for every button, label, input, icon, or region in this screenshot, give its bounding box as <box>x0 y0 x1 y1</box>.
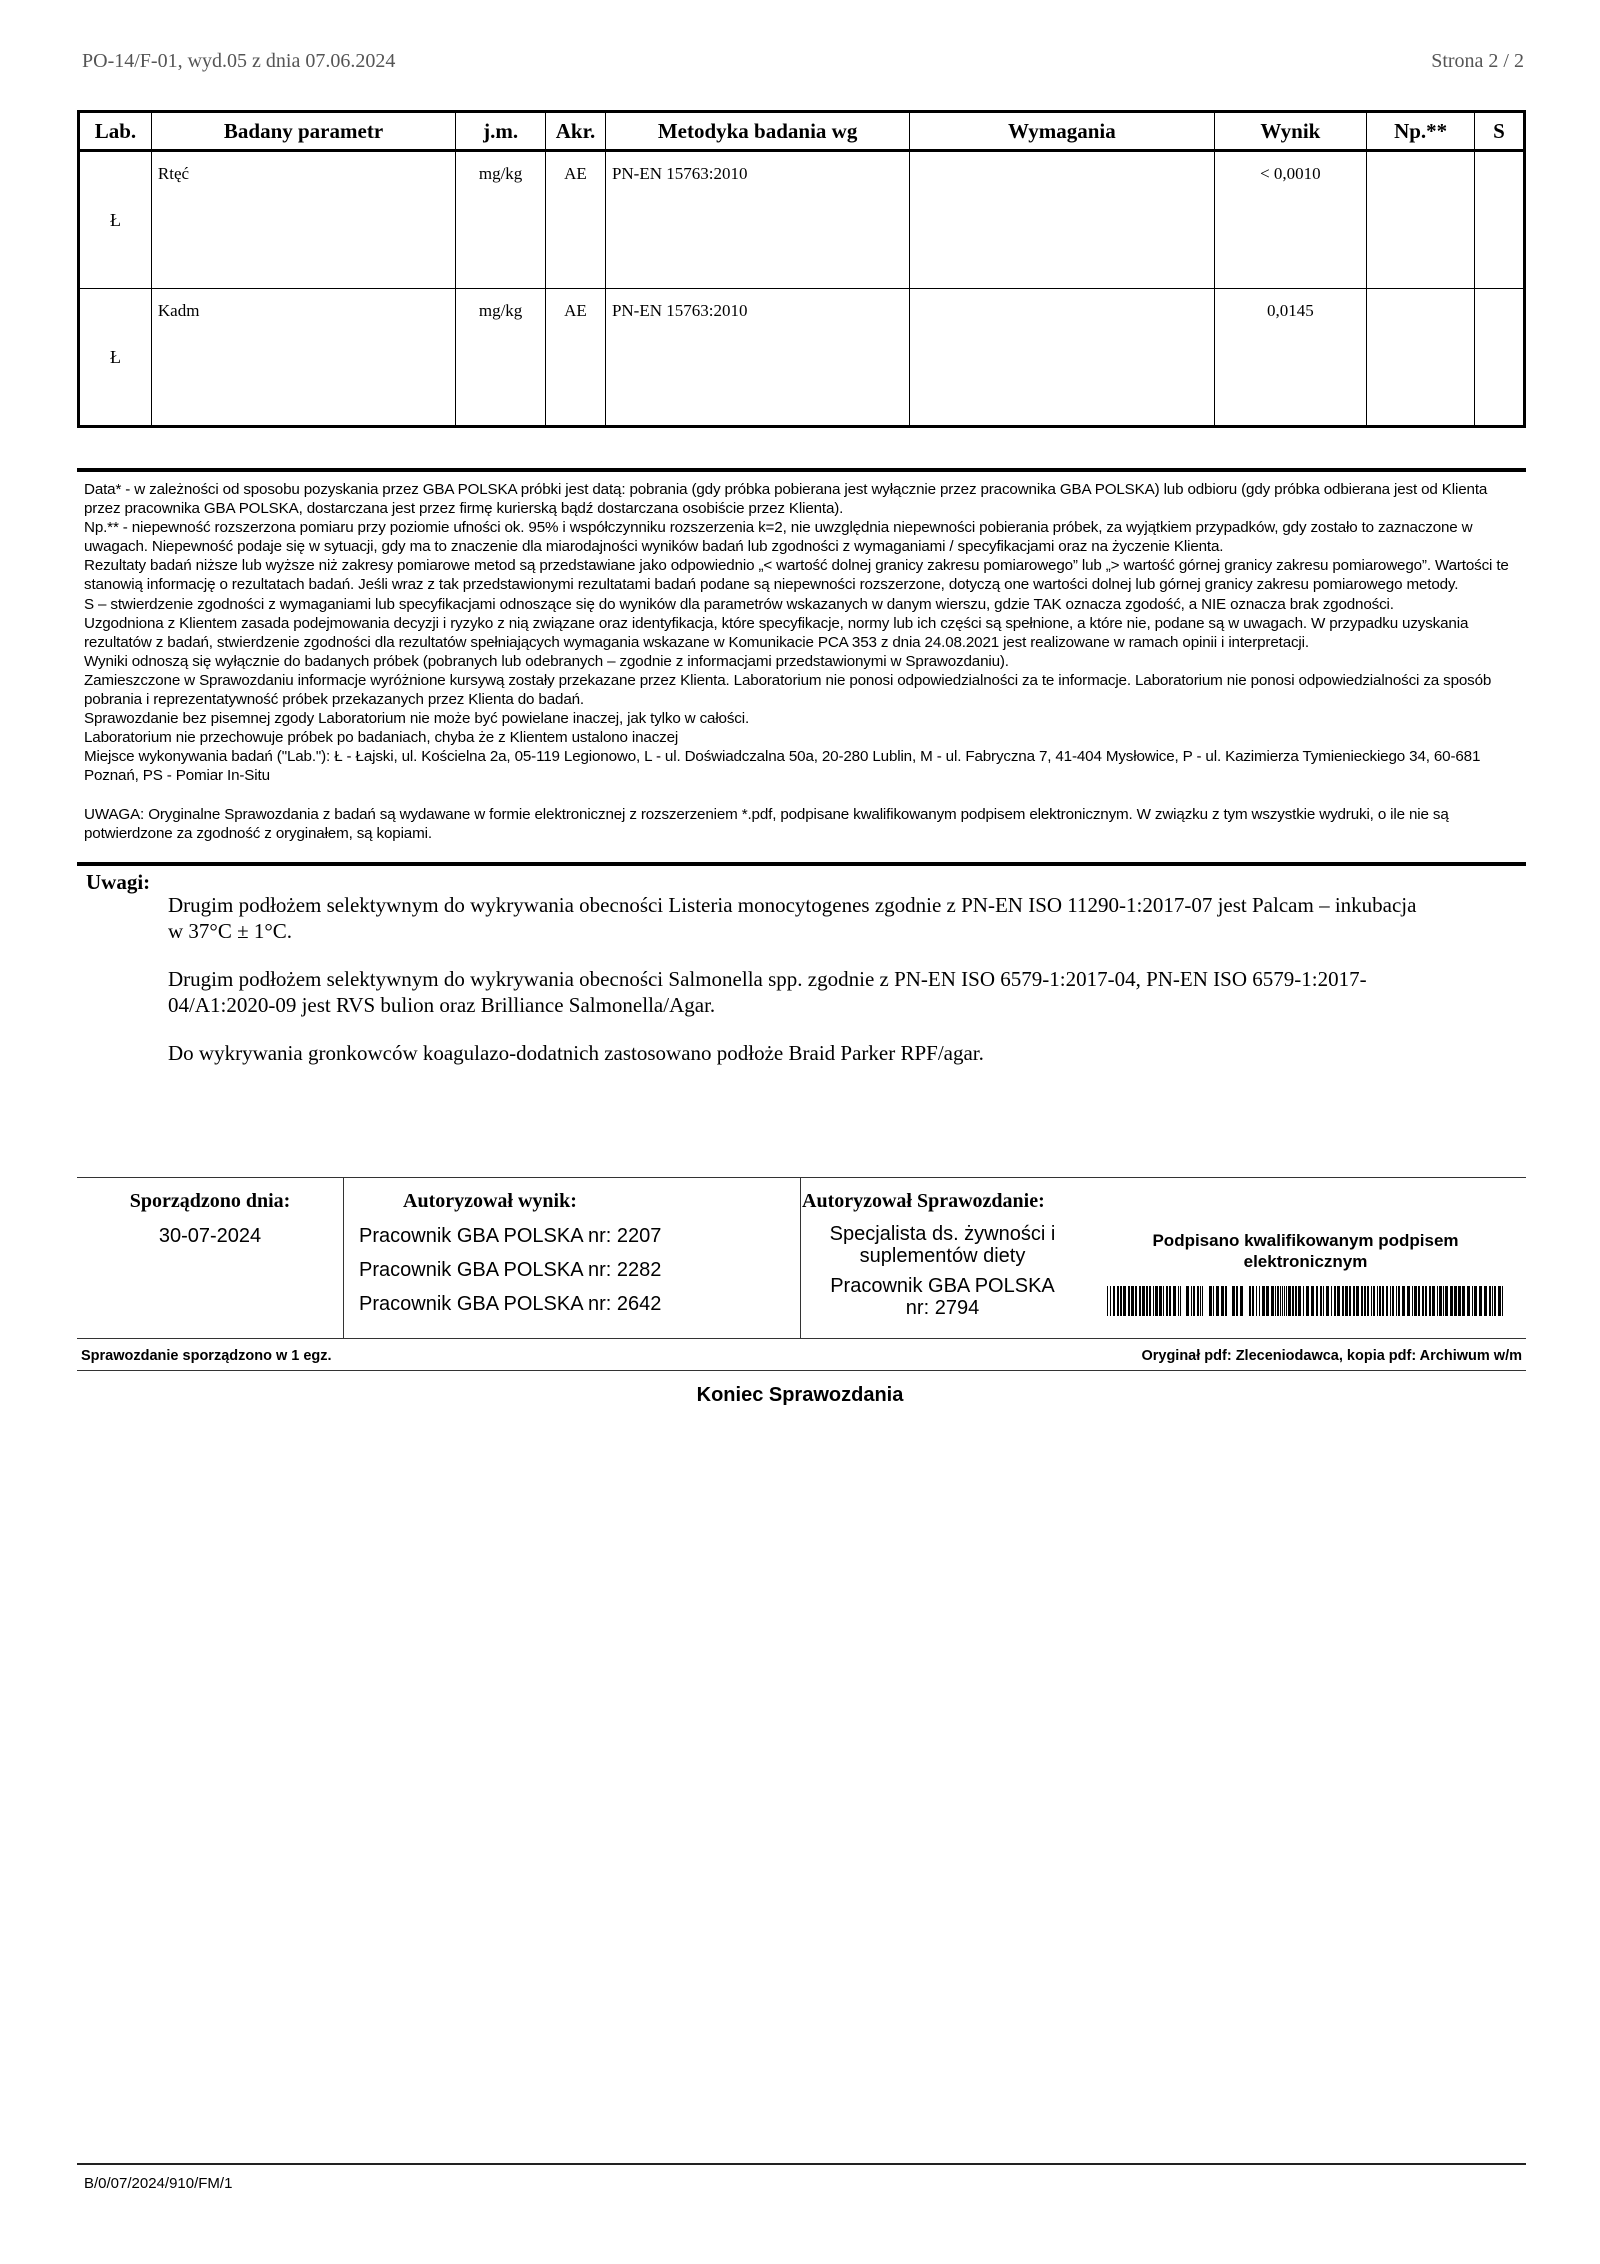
cell-accreditation: AE <box>546 289 606 427</box>
copies-note: Sprawozdanie sporządzono w 1 egz. <box>81 1348 332 1364</box>
footnote-locations: Miejsce wykonywania badań ("Lab."): Ł - … <box>84 747 1524 785</box>
electronic-signature-section: Podpisano kwalifikowanym podpisem elektr… <box>1085 1178 1526 1338</box>
report-auth-label: Autoryzował Sprawozdanie: <box>802 1190 1085 1213</box>
cell-uncertainty <box>1367 151 1475 289</box>
cell-requirements <box>910 151 1214 289</box>
remarks-title: Uwagi: <box>86 870 150 895</box>
footnote-uncertainty: Np.** - niepewność rozszerzona pomiaru p… <box>84 518 1524 556</box>
document-code: B/0/07/2024/910/FM/1 <box>84 2175 232 2192</box>
cell-conformity <box>1475 151 1525 289</box>
result-authorizer: Pracownik GBA POLSKA nr: 2282 <box>359 1259 800 1281</box>
remark-item: Drugim podłożem selektywnym do wykrywani… <box>168 966 1418 1018</box>
result-authorization-section: Autoryzował wynik: Pracownik GBA POLSKA … <box>343 1178 801 1338</box>
footnote-client-info: Zamieszczone w Sprawozdaniu informacje w… <box>84 671 1524 709</box>
cell-lab: Ł <box>79 289 152 427</box>
copies-row: Sprawozdanie sporządzono w 1 egz. Orygin… <box>77 1340 1526 1371</box>
page-header: PO-14/F-01, wyd.05 z dnia 07.06.2024 Str… <box>82 50 1524 80</box>
remark-item: Do wykrywania gronkowców koagulazo-dodat… <box>168 1040 1418 1066</box>
cell-unit: mg/kg <box>456 151 546 289</box>
table-header-row: Lab. Badany parametr j.m. Akr. Metodyka … <box>79 112 1525 151</box>
cell-accreditation: AE <box>546 151 606 289</box>
form-id: PO-14/F-01, wyd.05 z dnia 07.06.2024 <box>82 50 395 73</box>
footnote-scope: Wyniki odnoszą się wyłącznie do badanych… <box>84 652 1524 671</box>
signature-box: Sporządzono dnia: 30-07-2024 Autoryzował… <box>77 1177 1526 1339</box>
footnote-ranges: Rezultaty badań niższe lub wyższe niż za… <box>84 556 1524 594</box>
col-lab: Lab. <box>79 112 152 151</box>
prepared-label: Sporządzono dnia: <box>77 1190 343 1213</box>
footnote-copy: Sprawozdanie bez pisemnej zgody Laborato… <box>84 709 1524 728</box>
col-parameter: Badany parametr <box>151 112 455 151</box>
table-row: Ł Kadm mg/kg AE PN-EN 15763:2010 0,0145 <box>79 289 1525 427</box>
bottom-rule <box>77 2163 1526 2165</box>
cell-parameter: Rtęć <box>151 151 455 289</box>
remark-item: Drugim podłożem selektywnym do wykrywani… <box>168 892 1418 944</box>
col-result: Wynik <box>1214 112 1367 151</box>
page-number: Strona 2 / 2 <box>1431 50 1524 73</box>
remarks: Drugim podłożem selektywnym do wykrywani… <box>168 892 1418 1088</box>
footnotes: Data* - w zależności od sposobu pozyskan… <box>84 480 1524 843</box>
footnote-decision-rule: Uzgodniona z Klientem zasada podejmowani… <box>84 614 1524 652</box>
col-accreditation: Akr. <box>546 112 606 151</box>
result-authorizer: Pracownik GBA POLSKA nr: 2642 <box>359 1293 800 1315</box>
prepared-section: Sporządzono dnia: 30-07-2024 <box>77 1178 344 1338</box>
cell-parameter: Kadm <box>151 289 455 427</box>
prepared-date: 30-07-2024 <box>77 1225 343 1247</box>
cell-uncertainty <box>1367 289 1475 427</box>
cell-result: 0,0145 <box>1214 289 1367 427</box>
footnote-conformity: S – stwierdzenie zgodności z wymaganiami… <box>84 595 1524 614</box>
col-requirements: Wymagania <box>910 112 1214 151</box>
cell-method: PN-EN 15763:2010 <box>605 151 909 289</box>
result-auth-label: Autoryzował wynik: <box>403 1190 800 1213</box>
footnotes-top-rule <box>77 468 1526 472</box>
remarks-top-rule <box>77 862 1526 866</box>
distribution-note: Oryginał pdf: Zleceniodawca, kopia pdf: … <box>1141 1348 1522 1364</box>
end-of-report: Koniec Sprawozdania <box>0 1384 1600 1407</box>
cell-result: < 0,0010 <box>1214 151 1367 289</box>
col-unit: j.m. <box>456 112 546 151</box>
barcode-icon <box>1107 1286 1504 1316</box>
footnote-storage: Laboratorium nie przechowuje próbek po b… <box>84 728 1524 747</box>
table-row: Ł Rtęć mg/kg AE PN-EN 15763:2010 < 0,001… <box>79 151 1525 289</box>
report-authorization-section: Autoryzował Sprawozdanie: Specjalista ds… <box>800 1178 1085 1338</box>
signed-label: Podpisano kwalifikowanym podpisem elektr… <box>1085 1230 1526 1272</box>
cell-conformity <box>1475 289 1525 427</box>
cell-lab: Ł <box>79 151 152 289</box>
cell-requirements <box>910 289 1214 427</box>
footnote-warning: UWAGA: Oryginalne Sprawozdania z badań s… <box>84 805 1524 843</box>
col-uncertainty: Np.** <box>1367 112 1475 151</box>
report-auth-role: Specjalista ds. żywności i suplementów d… <box>800 1223 1085 1267</box>
col-method: Metodyka badania wg <box>605 112 909 151</box>
cell-method: PN-EN 15763:2010 <box>605 289 909 427</box>
cell-unit: mg/kg <box>456 289 546 427</box>
report-auth-employee: Pracownik GBA POLSKA nr: 2794 <box>800 1275 1085 1319</box>
footnote-date: Data* - w zależności od sposobu pozyskan… <box>84 480 1524 518</box>
results-table: Lab. Badany parametr j.m. Akr. Metodyka … <box>77 110 1526 428</box>
col-conformity: S <box>1475 112 1525 151</box>
result-authorizer: Pracownik GBA POLSKA nr: 2207 <box>359 1225 800 1247</box>
